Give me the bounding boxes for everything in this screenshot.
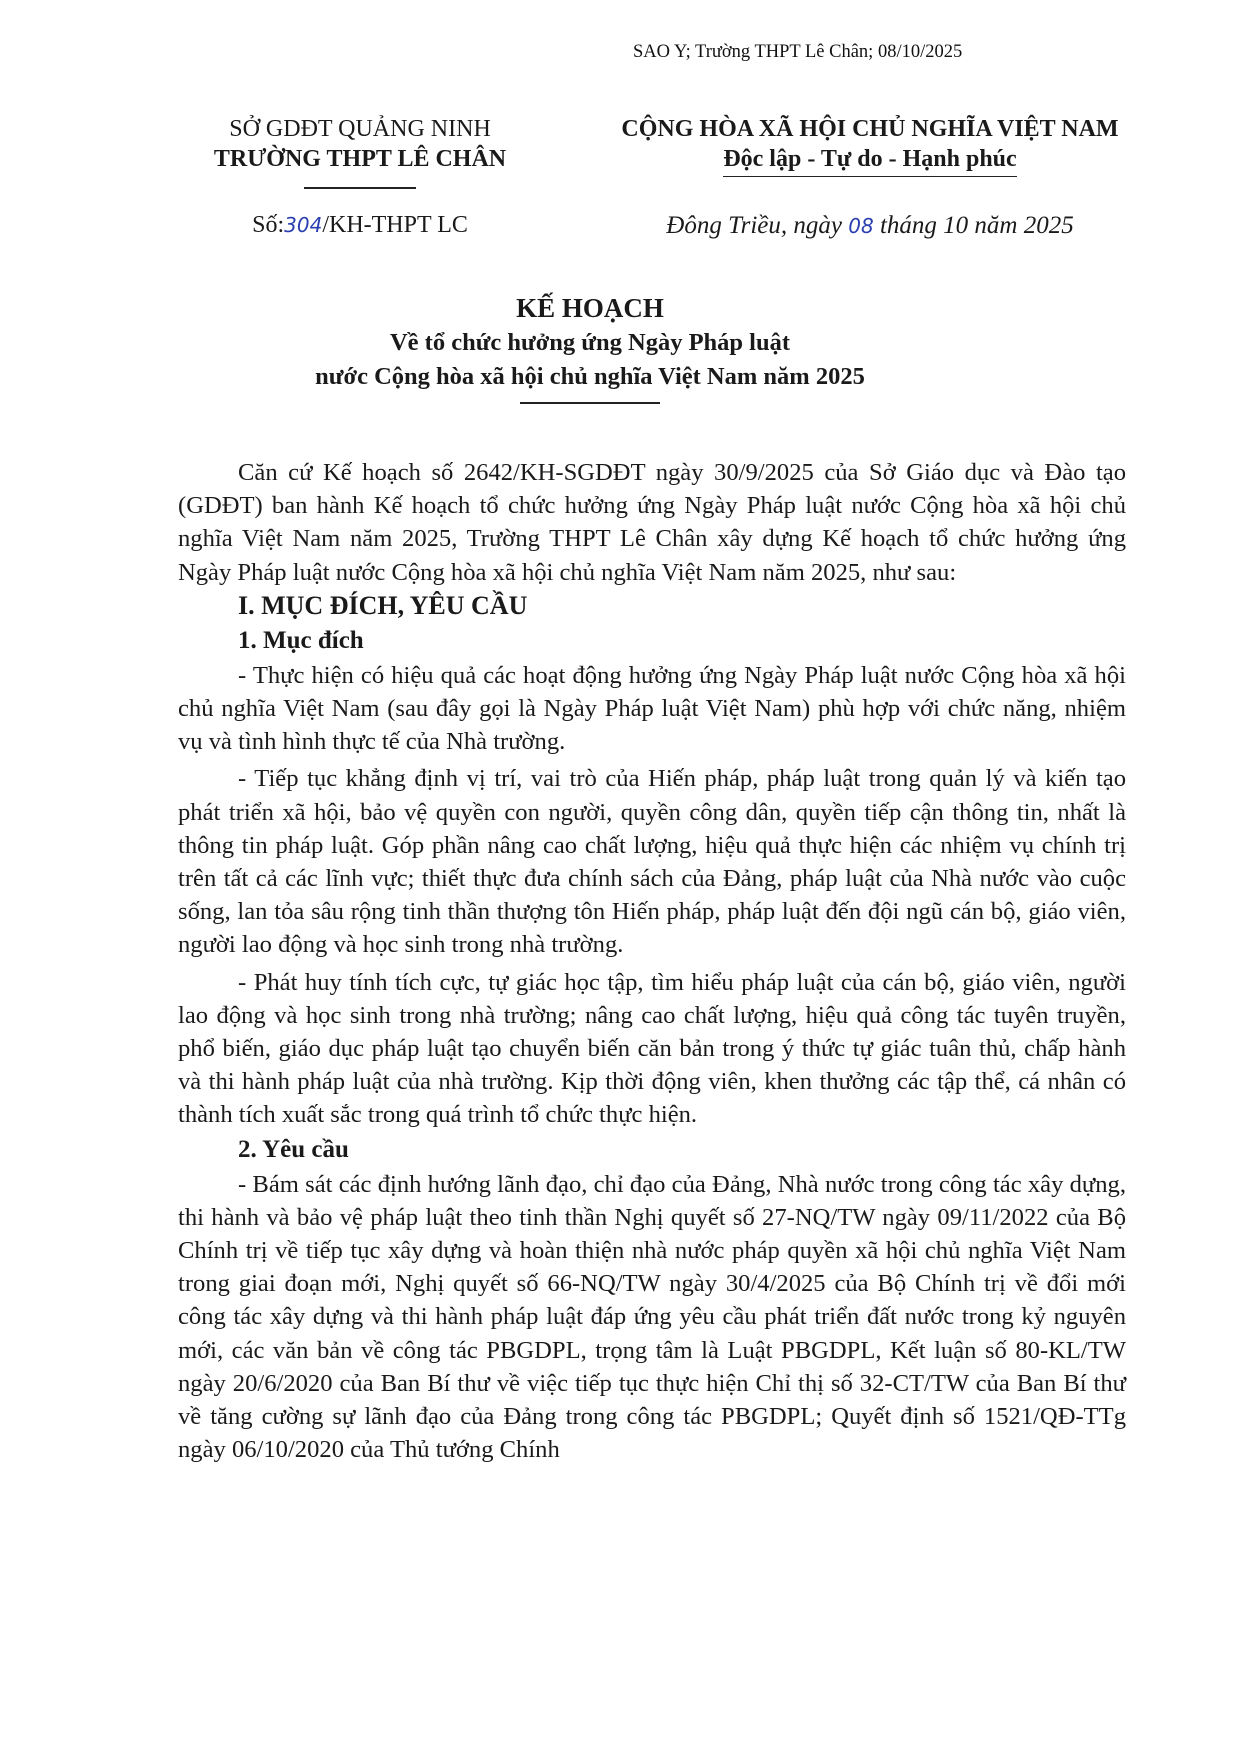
place-date-prefix: Đông Triều, ngày bbox=[666, 212, 848, 239]
purpose-paragraph: - Tiếp tục khẳng định vị trí, vai trò củ… bbox=[178, 762, 1126, 961]
nation-name: CỘNG HÒA XÃ HỘI CHỦ NGHĨA VIỆT NAM bbox=[560, 114, 1180, 144]
purpose-paragraph: - Thực hiện có hiệu quả các hoạt động hư… bbox=[178, 659, 1126, 759]
document-type-title: KẾ HOẠCH bbox=[230, 290, 950, 326]
handwritten-doc-number: 304 bbox=[284, 213, 322, 237]
document-number: Số:304/KH-THPT LC bbox=[160, 212, 560, 239]
place-date-suffix: tháng 10 năm 2025 bbox=[874, 212, 1074, 239]
section-heading-purpose-requirements: I. MỤC ĐÍCH, YÊU CẦU bbox=[178, 589, 1126, 623]
school-name: TRƯỜNG THPT LÊ CHÂN bbox=[160, 144, 560, 174]
doc-number-prefix: Số: bbox=[252, 212, 284, 238]
requirements-paragraph: - Bám sát các định hướng lãnh đạo, chỉ đ… bbox=[178, 1168, 1126, 1467]
national-header-block: CỘNG HÒA XÃ HỘI CHỦ NGHĨA VIỆT NAM Độc l… bbox=[560, 114, 1180, 177]
title-underline bbox=[520, 402, 660, 404]
subsection-heading-requirements: 2. Yêu cầu bbox=[178, 1132, 1126, 1168]
document-subject-line-2: nước Cộng hòa xã hội chủ nghĩa Việt Nam … bbox=[230, 360, 950, 394]
purpose-paragraph: - Phát huy tính tích cực, tự giác học tậ… bbox=[178, 966, 1126, 1132]
doc-number-suffix: /KH-THPT LC bbox=[322, 212, 468, 238]
national-motto: Độc lập - Tự do - Hạnh phúc bbox=[723, 144, 1016, 177]
document-subject-line-1: Về tổ chức hưởng ứng Ngày Pháp luật bbox=[230, 326, 950, 360]
subsection-heading-purpose: 1. Mục đích bbox=[178, 623, 1126, 659]
document-title-block: KẾ HOẠCH Về tổ chức hưởng ứng Ngày Pháp … bbox=[230, 290, 950, 404]
copy-certification-stamp: SAO Y; Trường THPT Lê Chân; 08/10/2025 bbox=[633, 42, 962, 63]
agency-name: SỞ GDĐT QUẢNG NINH bbox=[160, 114, 560, 144]
intro-paragraph: Căn cứ Kế hoạch số 2642/KH-SGDĐT ngày 30… bbox=[178, 456, 1126, 589]
agency-underline bbox=[304, 187, 416, 189]
handwritten-day: 08 bbox=[848, 214, 873, 238]
issuing-agency-block: SỞ GDĐT QUẢNG NINH TRƯỜNG THPT LÊ CHÂN bbox=[160, 114, 560, 189]
place-and-date: Đông Triều, ngày 08 tháng 10 năm 2025 bbox=[560, 212, 1180, 240]
document-body: Căn cứ Kế hoạch số 2642/KH-SGDĐT ngày 30… bbox=[178, 456, 1126, 1466]
